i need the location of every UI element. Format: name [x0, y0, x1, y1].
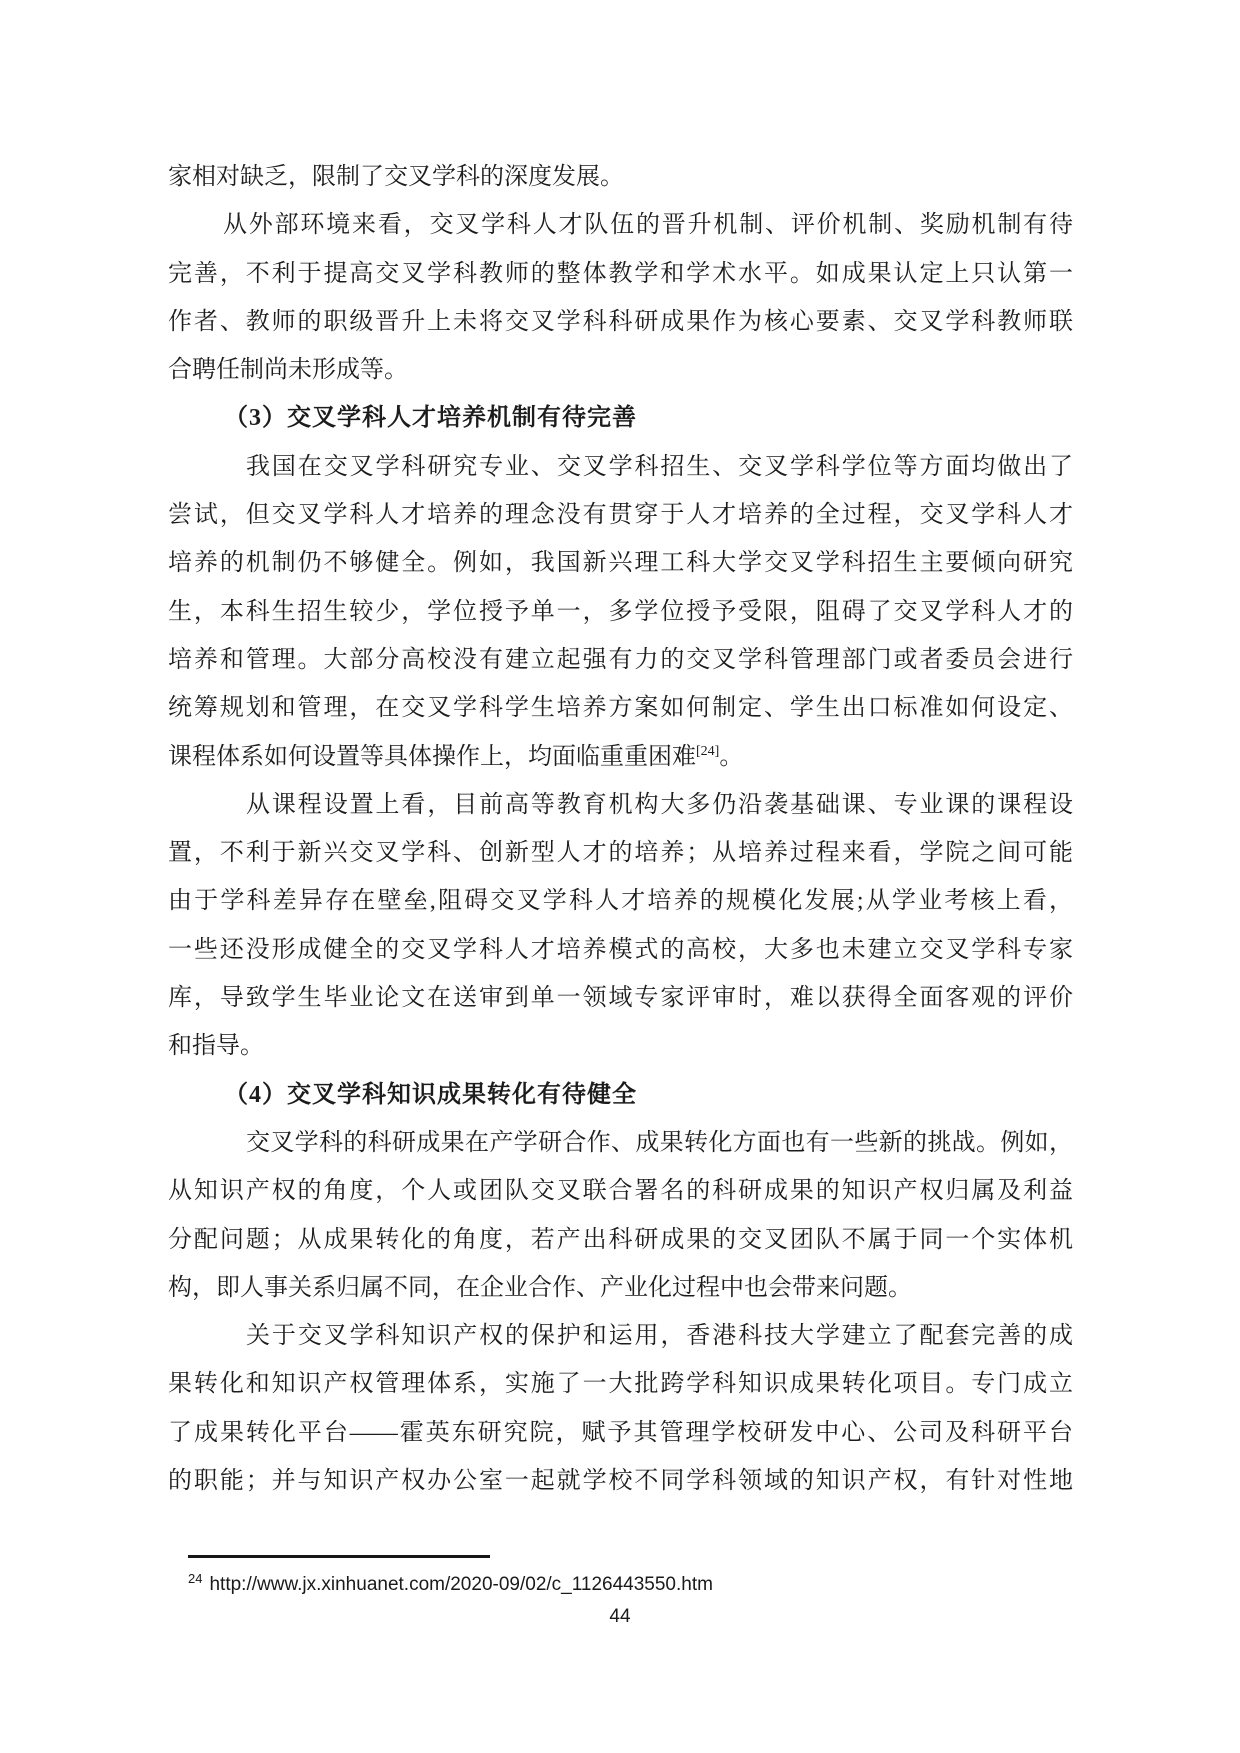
document-page: 家相对缺乏，限制了交叉学科的深度发展。 从外部环境来看，交叉学科人才队伍的晋升机…	[0, 0, 1240, 1753]
document-content: 家相对缺乏，限制了交叉学科的深度发展。 从外部环境来看，交叉学科人才队伍的晋升机…	[168, 153, 1073, 1505]
footnote-separator	[188, 1555, 490, 1558]
paragraph: 家相对缺乏，限制了交叉学科的深度发展。	[168, 153, 1073, 201]
body-line: 从外部环境来看，交叉学科人才队伍的晋升机制、评价机制、奖励机制有待	[168, 201, 1073, 249]
body-line: 了成果转化平台——霍英东研究院，赋予其管理学校研发中心、公司及科研平台	[168, 1409, 1073, 1457]
body-line: 从课程设置上看，目前高等教育机构大多仍沿袭基础课、专业课的课程设	[168, 781, 1073, 829]
body-line: 和指导。	[168, 1022, 1073, 1070]
page-number: 44	[0, 1606, 1240, 1628]
paragraph: 我国在交叉学科研究专业、交叉学科招生、交叉学科学位等方面均做出了 尝试，但交叉学…	[168, 443, 1073, 781]
section-heading-text: （3）交叉学科人才培养机制有待完善	[168, 394, 1073, 442]
footnote-url: http://www.jx.xinhuanet.com/2020-09/02/c…	[209, 1574, 712, 1595]
paragraph: 交叉学科的科研成果在产学研合作、成果转化方面也有一些新的挑战。例如， 从知识产权…	[168, 1119, 1073, 1312]
body-line: 的职能；并与知识产权办公室一起就学校不同学科领域的知识产权，有针对性地	[168, 1457, 1073, 1505]
body-line: 完善，不利于提高交叉学科教师的整体教学和学术水平。如成果认定上只认第一	[168, 250, 1073, 298]
section-heading-text: （4）交叉学科知识成果转化有待健全	[168, 1071, 1073, 1119]
body-line: 一些还没形成健全的交叉学科人才培养模式的高校，大多也未建立交叉学科专家	[168, 926, 1073, 974]
body-line: 合聘任制尚未形成等。	[168, 346, 1073, 394]
body-line: 库，导致学生毕业论文在送审到单一领域专家评审时，难以获得全面客观的评价	[168, 974, 1073, 1022]
body-line: 分配问题；从成果转化的角度，若产出科研成果的交叉团队不属于同一个实体机	[168, 1216, 1073, 1264]
body-line: 家相对缺乏，限制了交叉学科的深度发展。	[168, 153, 1073, 201]
section-heading-4: （4）交叉学科知识成果转化有待健全	[168, 1071, 1073, 1119]
paragraph: 从外部环境来看，交叉学科人才队伍的晋升机制、评价机制、奖励机制有待 完善，不利于…	[168, 201, 1073, 394]
footnote-reference-24: [24]	[696, 744, 719, 759]
body-line: 从知识产权的角度，个人或团队交叉联合署名的科研成果的知识产权归属及利益	[168, 1167, 1073, 1215]
body-line: 交叉学科的科研成果在产学研合作、成果转化方面也有一些新的挑战。例如，	[168, 1119, 1073, 1167]
footnote: 24http://www.jx.xinhuanet.com/2020-09/02…	[188, 1572, 713, 1598]
paragraph: 关于交叉学科知识产权的保护和运用，香港科技大学建立了配套完善的成 果转化和知识产…	[168, 1312, 1073, 1505]
body-line: 果转化和知识产权管理体系，实施了一大批跨学科知识成果转化项目。专门成立	[168, 1360, 1073, 1408]
section-heading-3: （3）交叉学科人才培养机制有待完善	[168, 394, 1073, 442]
body-line: 培养的机制仍不够健全。例如，我国新兴理工科大学交叉学科招生主要倾向研究	[168, 539, 1073, 587]
body-line: 关于交叉学科知识产权的保护和运用，香港科技大学建立了配套完善的成	[168, 1312, 1073, 1360]
body-line: 生，本科生招生较少，学位授予单一，多学位授予受限，阻碍了交叉学科人才的	[168, 588, 1073, 636]
body-line: 由于学科差异存在壁垒,阻碍交叉学科人才培养的规模化发展;从学业考核上看，	[168, 877, 1073, 925]
footnote-marker: 24	[188, 1571, 202, 1586]
body-line: 培养和管理。大部分高校没有建立起强有力的交叉学科管理部门或者委员会进行	[168, 636, 1073, 684]
body-line: 统筹规划和管理，在交叉学科学生培养方案如何制定、学生出口标准如何设定、	[168, 684, 1073, 732]
body-line: 我国在交叉学科研究专业、交叉学科招生、交叉学科学位等方面均做出了	[168, 443, 1073, 491]
body-line: 课程体系如何设置等具体操作上，均面临重重困难[24]。	[168, 733, 1073, 781]
body-line: 构，即人事关系归属不同，在企业合作、产业化过程中也会带来问题。	[168, 1264, 1073, 1312]
body-text: 。	[719, 744, 743, 770]
body-line: 作者、教师的职级晋升上未将交叉学科科研成果作为核心要素、交叉学科教师联	[168, 298, 1073, 346]
body-line: 置，不利于新兴交叉学科、创新型人才的培养；从培养过程来看，学院之间可能	[168, 829, 1073, 877]
body-line: 尝试，但交叉学科人才培养的理念没有贯穿于人才培养的全过程，交叉学科人才	[168, 491, 1073, 539]
paragraph: 从课程设置上看，目前高等教育机构大多仍沿袭基础课、专业课的课程设 置，不利于新兴…	[168, 781, 1073, 1071]
body-text: 课程体系如何设置等具体操作上，均面临重重困难	[168, 744, 696, 770]
